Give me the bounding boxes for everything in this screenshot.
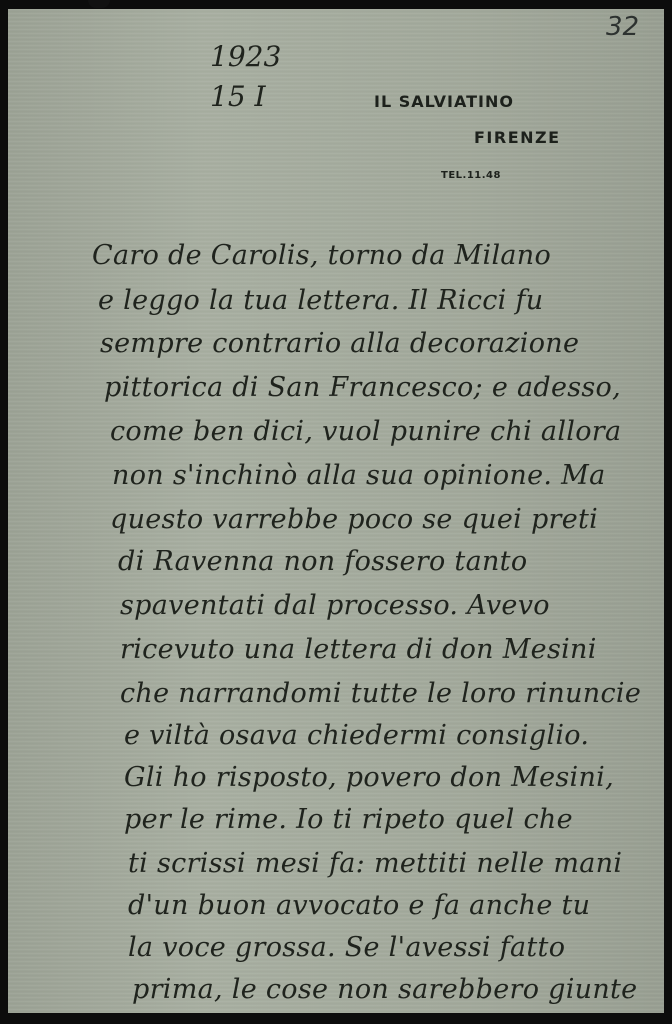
body-line: pittorica di San Francesco; e adesso, [104,372,621,403]
body-line: la voce grossa. Se l'avessi fatto [128,932,565,963]
body-line: spaventati dal processo. Avevo [120,590,550,621]
archive-number: 32 [606,12,639,42]
body-line: ricevuto una lettera di don Mesini [120,634,597,665]
body-line: per le rime. Io ti ripeto quel che [124,804,573,835]
body-line: di Ravenna non fossero tanto [118,546,527,577]
body-line: d'un buon avvocato e fa anche tu [128,890,590,921]
ink-blot [88,0,110,8]
letterhead-telephone: TEL.11.48 [441,170,501,181]
body-line: questo varrebbe poco se quei preti [110,504,598,535]
date-day-month: 15 I [210,80,266,113]
body-line: Gli ho risposto, povero don Mesini, [124,762,614,793]
body-line: prima, le cose non sarebbero giunte [132,974,637,1005]
body-line: come ben dici, vuol punire chi allora [110,416,621,447]
body-line: ti scrissi mesi fa: mettiti nelle mani [128,848,622,879]
body-line: Caro de Carolis, torno da Milano [92,240,551,271]
body-line: che narrandomi tutte le loro rinuncie [120,678,641,709]
letterhead-name: IL SALVIATINO [374,92,514,111]
body-line: non s'inchinò alla sua opinione. Ma [112,460,606,491]
date-year: 1923 [210,40,281,73]
body-line: e leggo la tua lettera. Il Ricci fu [98,285,543,316]
body-line: e viltà osava chiedermi consiglio. [124,720,589,751]
letterhead-city: FIRENZE [474,128,561,147]
body-line: sempre contrario alla decorazione [100,328,579,359]
